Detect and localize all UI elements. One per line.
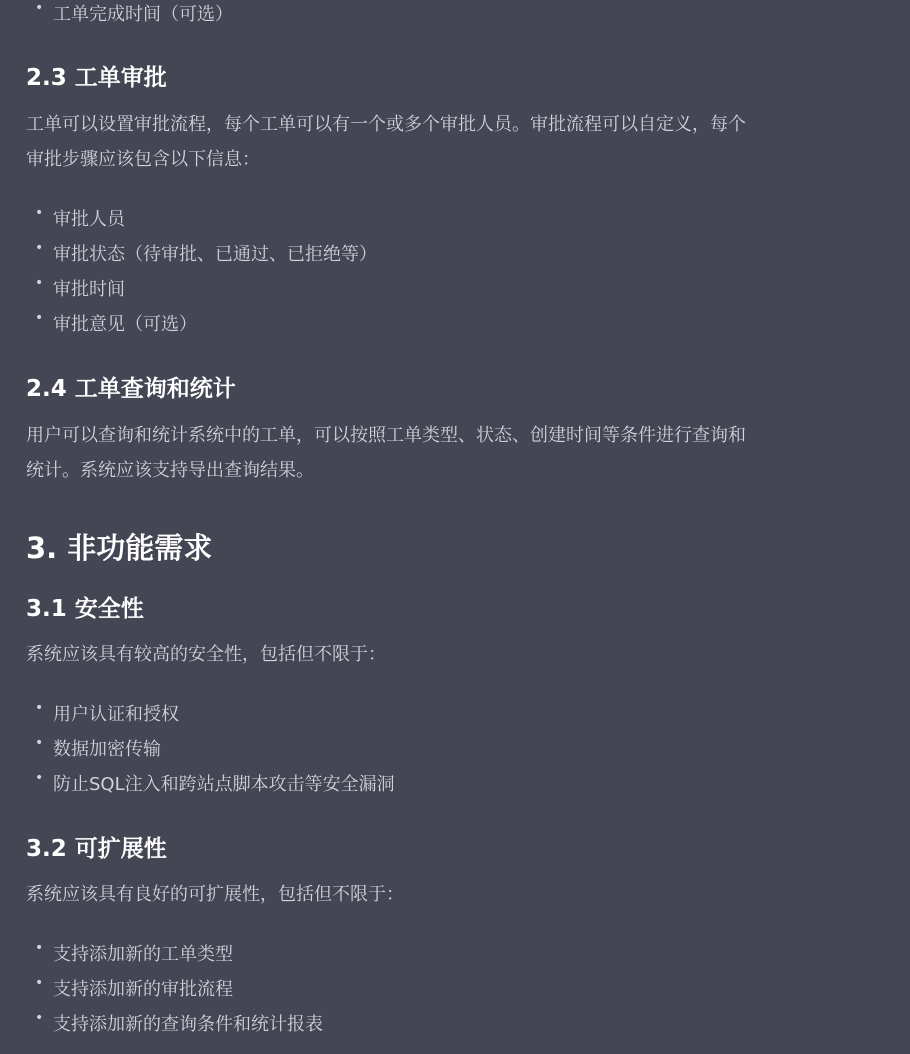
bullet-icon: • [35, 275, 43, 291]
bullet-icon: • [35, 700, 43, 716]
bullet-icon: • [35, 205, 43, 221]
paragraph-line: 工单可以设置审批流程，每个工单可以有一个或多个审批人员。审批流程可以自定义，每个 [26, 110, 746, 136]
list-item: • 审批状态（待审批、已通过、已拒绝等） [53, 240, 377, 266]
paragraph: 系统应该具有较高的安全性，包括但不限于： [26, 640, 386, 666]
section-heading-3-2: 3.2 可扩展性 [26, 830, 167, 863]
paragraph-line: 统计。系统应该支持导出查询结果。 [26, 456, 314, 482]
bullet-icon: • [35, 1010, 43, 1026]
section-heading-2-3: 2.3 工单审批 [26, 59, 167, 92]
section-heading-3: 3. 非功能需求 [26, 526, 212, 567]
list-item: • 数据加密传输 [53, 735, 161, 761]
list-item: • 审批时间 [53, 275, 125, 301]
list-item: • 支持添加新的审批流程 [53, 975, 233, 1001]
section-heading-3-1: 3.1 安全性 [26, 590, 144, 623]
bullet-icon: • [35, 975, 43, 991]
paragraph: 系统应该具有良好的可扩展性，包括但不限于： [26, 880, 404, 906]
list-item: • 审批人员 [53, 205, 125, 231]
list-item: • 审批意见（可选） [53, 310, 197, 336]
bullet-icon: • [35, 0, 43, 16]
list-item: • 工单完成时间（可选） [53, 0, 233, 26]
bullet-icon: • [35, 770, 43, 786]
bullet-icon: • [35, 735, 43, 751]
list-item: • 支持添加新的工单类型 [53, 940, 233, 966]
list-item: • 支持添加新的查询条件和统计报表 [53, 1010, 323, 1036]
paragraph-line: 审批步骤应该包含以下信息： [26, 145, 260, 171]
bullet-icon: • [35, 310, 43, 326]
section-heading-2-4: 2.4 工单查询和统计 [26, 370, 236, 403]
bullet-icon: • [35, 240, 43, 256]
bullet-icon: • [35, 940, 43, 956]
list-item: • 用户认证和授权 [53, 700, 179, 726]
list-item: • 防止SQL注入和跨站点脚本攻击等安全漏洞 [53, 770, 395, 796]
paragraph-line: 用户可以查询和统计系统中的工单，可以按照工单类型、状态、创建时间等条件进行查询和 [26, 421, 746, 447]
